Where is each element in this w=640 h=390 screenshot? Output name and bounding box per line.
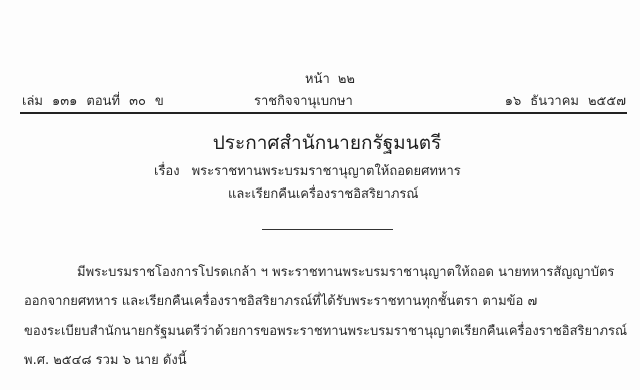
section-label: ตอนที่ bbox=[86, 94, 120, 109]
body-line-4: พ.ศ. ๒๕๔๘ รวม ๖ นาย ดังนี้ bbox=[24, 349, 187, 370]
volume-info: เล่ม๑๓๑ตอนที่๓๐ข bbox=[22, 90, 173, 111]
volume-number: ๑๓๑ bbox=[52, 94, 77, 109]
section-type: ข bbox=[155, 94, 164, 109]
subject-line-1: เรื่องพระราชทานพระบรมราชานุญาตให้ถอดยศทห… bbox=[154, 160, 461, 181]
date-day: ๑๖ bbox=[505, 94, 522, 109]
title-divider bbox=[262, 229, 393, 230]
subject-label: เรื่อง bbox=[154, 164, 180, 179]
volume-label: เล่ม bbox=[22, 94, 43, 109]
body-line-1: มีพระบรมราชโองการโปรดเกล้า ฯ พระราชทานพร… bbox=[77, 261, 614, 282]
section-number: ๓๐ bbox=[129, 94, 146, 109]
body-line-2: ออกจากยศทหาร และเรียกคืนเครื่องราชอิสริย… bbox=[24, 290, 537, 311]
page-label: หน้า bbox=[305, 72, 330, 87]
page-number-value: ๒๒ bbox=[338, 72, 355, 87]
gazette-page: หน้า๒๒ เล่ม๑๓๑ตอนที่๓๐ข ราชกิจจานุเบกษา … bbox=[0, 0, 640, 390]
page-number: หน้า๒๒ bbox=[0, 68, 640, 89]
publication-name: ราชกิจจานุเบกษา bbox=[254, 90, 353, 111]
date-month: ธันวาคม bbox=[530, 94, 579, 109]
header-divider bbox=[20, 112, 627, 114]
publication-date: ๑๖ธันวาคม๒๕๕๗ bbox=[496, 90, 626, 111]
document-title: ประกาศสำนักนายกรัฐมนตรี bbox=[0, 128, 640, 158]
subject-text-1: พระราชทานพระบรมราชานุญาตให้ถอดยศทหาร bbox=[192, 164, 461, 179]
subject-line-2: และเรียกคืนเครื่องราชอิสริยาภรณ์ bbox=[228, 183, 418, 204]
body-line-3: ของระเบียบสำนักนายกรัฐมนตรีว่าด้วยการขอพ… bbox=[24, 320, 627, 341]
date-year: ๒๕๕๗ bbox=[588, 94, 626, 109]
